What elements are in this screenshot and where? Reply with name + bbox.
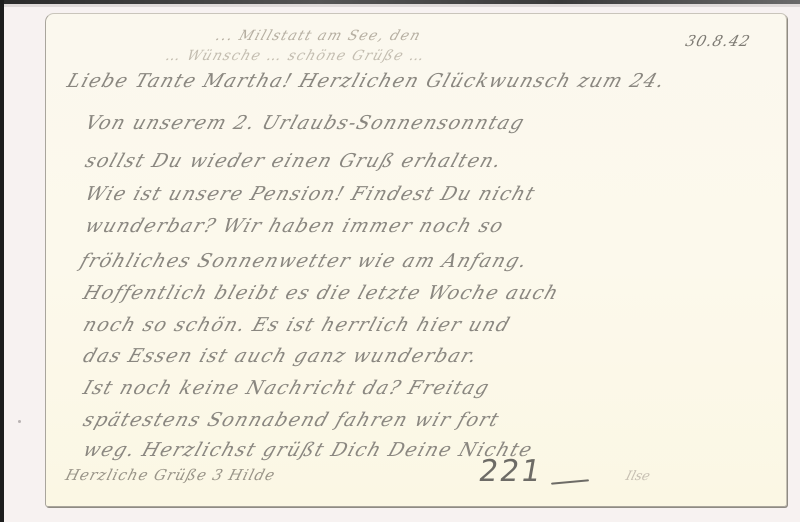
text-line-2: Von unserem 2. Urlaubs-Sonnensonntag	[82, 112, 528, 134]
scan-speck	[18, 420, 21, 423]
text-line-7: Hoffentlich bleibt es die letzte Woche a…	[80, 282, 562, 304]
text-line-1: Liebe Tante Martha! Herzlichen Glückwuns…	[64, 70, 668, 92]
text-line-10: Ist noch keine Nachricht da? Freitag	[80, 377, 492, 399]
number-dash	[551, 479, 589, 484]
scan-border-top-shadow	[4, 4, 800, 7]
text-line-3: sollst Du wieder einen Gruß erhalten.	[82, 150, 505, 172]
signoff: Herzliche Grüße 3 Hilde	[64, 466, 278, 484]
text-line-11: spätestens Sonnabend fahren wir fort	[80, 409, 502, 431]
text-line-12: weg. Herzlichst grüßt Dich Deine Nichte	[80, 439, 535, 461]
faint-overwrite-line: … Wünsche … schöne Grüße …	[163, 48, 427, 64]
header-place: ... Millstatt am See, den	[213, 28, 423, 44]
text-line-9: das Essen ist auch ganz wunderbar.	[80, 345, 480, 367]
text-line-6: fröhliches Sonnenwetter wie am Anfang.	[77, 250, 531, 272]
text-line-4: Wie ist unsere Pension! Findest Du nicht	[82, 183, 538, 205]
text-line-5: wunderbar? Wir haben immer noch so	[82, 215, 507, 237]
scan-border-left	[0, 0, 4, 522]
faint-tail-text: Ilse	[624, 469, 652, 484]
postcard: ... Millstatt am See, den 30.8.42 … Wüns…	[45, 13, 787, 507]
handwritten-text: ... Millstatt am See, den 30.8.42 … Wüns…	[46, 14, 786, 506]
text-line-8: noch so schön. Es ist herrlich hier und	[80, 314, 513, 336]
number-mark: 221	[476, 454, 545, 489]
header-date: 30.8.42	[684, 32, 753, 50]
